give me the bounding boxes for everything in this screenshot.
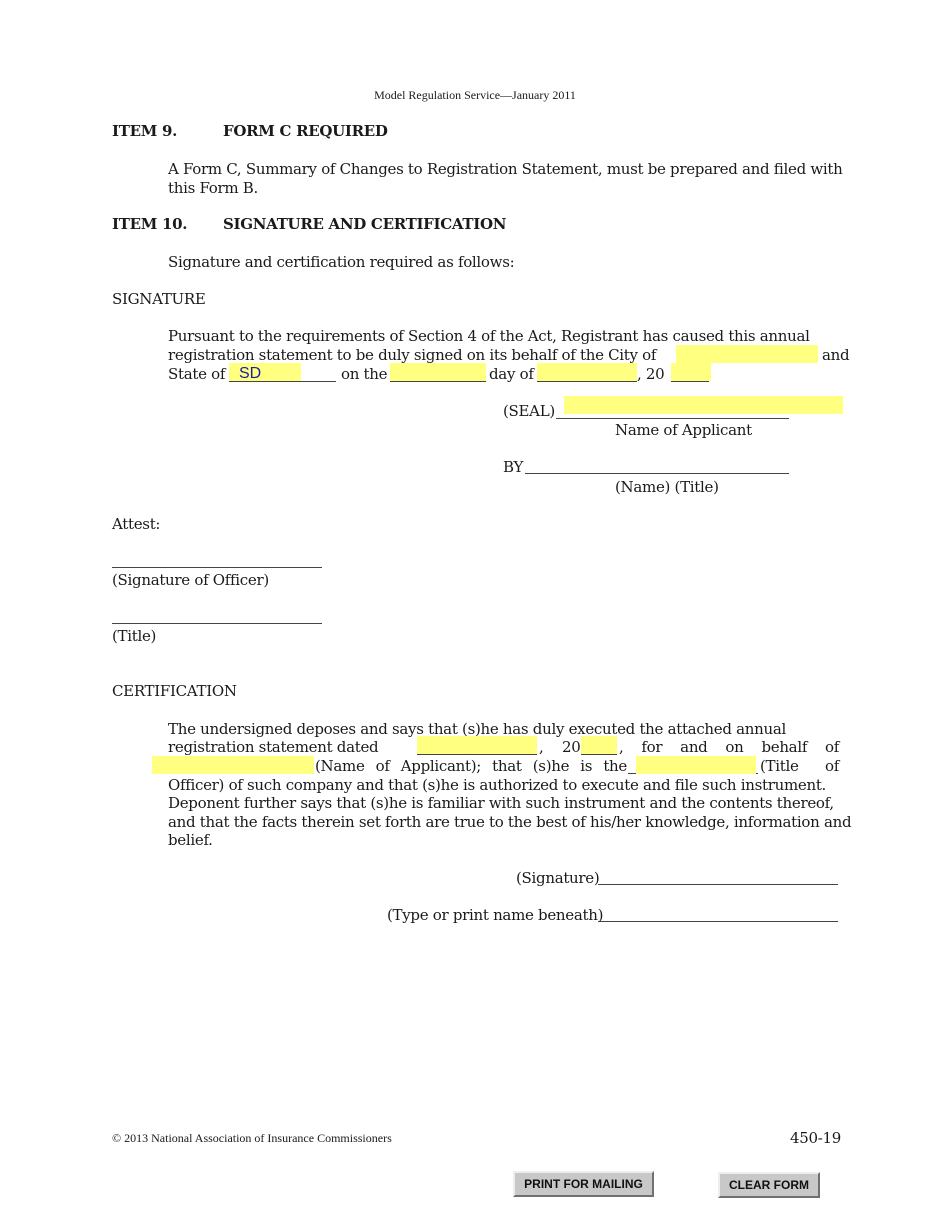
cert-line5: Deponent further says that (s)he is fami… xyxy=(168,794,834,812)
applicant-name-field[interactable] xyxy=(564,396,843,414)
cert-line2-suffix: , for and on behalf of xyxy=(619,738,839,756)
day-field[interactable] xyxy=(390,363,486,381)
item9-body-line1: A Form C, Summary of Changes to Registra… xyxy=(168,160,838,178)
signature-line[interactable] xyxy=(598,884,838,885)
running-header: Model Regulation Service—January 2011 xyxy=(0,88,950,103)
signature-line1: Pursuant to the requirements of Section … xyxy=(168,327,842,345)
by-caption: (Name) (Title) xyxy=(615,478,719,496)
print-name-label: (Type or print name beneath) xyxy=(387,906,603,924)
officer-caption: (Signature of Officer) xyxy=(112,571,269,589)
year-field[interactable] xyxy=(671,363,711,381)
month-underline xyxy=(537,381,637,382)
cert-line2-prefix: registration statement dated xyxy=(168,738,378,756)
cert-line3-title-caption: (Title of xyxy=(760,757,839,775)
cert-applicant-field[interactable] xyxy=(152,756,314,774)
item9-title: FORM C REQUIRED xyxy=(223,122,388,140)
month-field[interactable] xyxy=(537,363,637,381)
item10-number: ITEM 10. xyxy=(112,215,187,233)
city-field[interactable] xyxy=(676,345,818,363)
cert-line2-comma: , xyxy=(539,738,543,756)
state-of-label: State of xyxy=(168,365,225,383)
cert-date-field[interactable] xyxy=(417,736,537,754)
item9-body-line2: this Form B. xyxy=(168,179,258,197)
cert-line7: belief. xyxy=(168,831,213,849)
applicant-caption: Name of Applicant xyxy=(615,421,752,439)
title-caption: (Title) xyxy=(112,627,156,645)
applicant-name-underline xyxy=(556,418,789,419)
by-signature-line[interactable] xyxy=(525,473,789,474)
cert-title-field[interactable] xyxy=(636,756,756,774)
cert-line3-name-caption: (Name of Applicant); that (s)he is the xyxy=(315,757,627,775)
officer-signature-line[interactable] xyxy=(112,567,322,568)
print-for-mailing-button[interactable]: PRINT FOR MAILING xyxy=(513,1171,654,1197)
certification-heading: CERTIFICATION xyxy=(112,682,237,700)
cert-year-field[interactable] xyxy=(581,736,617,754)
signature-line2-prefix: registration statement to be duly signed… xyxy=(168,346,656,364)
item9-number: ITEM 9. xyxy=(112,122,177,140)
clear-form-button[interactable]: CLEAR FORM xyxy=(718,1172,820,1198)
cert-date-underline xyxy=(417,754,537,755)
copyright-footer: © 2013 National Association of Insurance… xyxy=(112,1131,392,1146)
twenty-label: , 20 xyxy=(637,365,664,383)
officer-title-line[interactable] xyxy=(112,623,322,624)
day-underline xyxy=(390,381,486,382)
day-of-label: day of xyxy=(489,365,534,383)
attest-label: Attest: xyxy=(112,515,160,533)
seal-label: (SEAL) xyxy=(503,402,555,420)
print-name-line[interactable] xyxy=(598,921,838,922)
item10-intro: Signature and certification required as … xyxy=(168,253,514,271)
signature-heading: SIGNATURE xyxy=(112,290,206,308)
on-the-label: on the xyxy=(341,365,387,383)
page-number: 450-19 xyxy=(790,1129,841,1147)
item10-title: SIGNATURE AND CERTIFICATION xyxy=(223,215,506,233)
signature-line2-suffix: and xyxy=(822,346,849,364)
signature-label: (Signature) xyxy=(516,869,599,887)
cert-line4: Officer) of such company and that (s)he … xyxy=(168,776,826,794)
cert-line6: and that the facts therein set forth are… xyxy=(168,813,851,831)
cert-line2-twenty: 20 xyxy=(562,738,581,756)
by-label: BY xyxy=(503,458,523,476)
state-field[interactable]: SD xyxy=(229,363,301,381)
